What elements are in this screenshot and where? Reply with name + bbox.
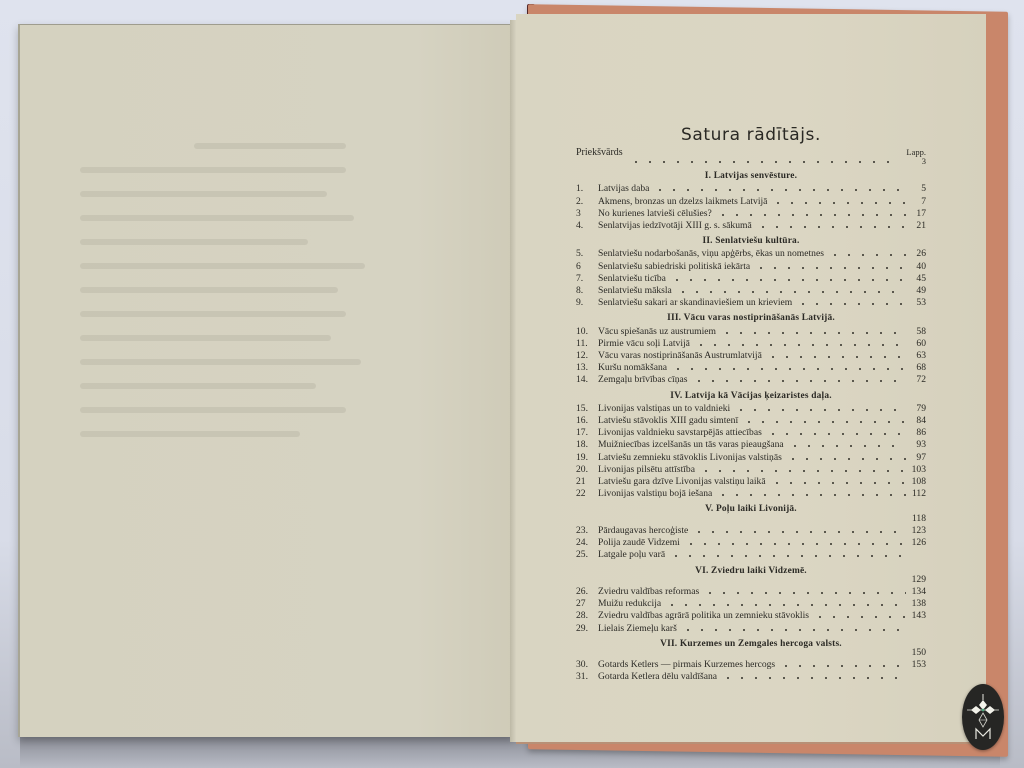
toc-section-page: 118 <box>576 514 926 524</box>
entry-number: 22 <box>576 489 598 499</box>
leader-dots <box>669 548 906 557</box>
toc-entry: 2.Akmens, bronzas un dzelzs laikmets Lat… <box>576 195 926 207</box>
leader-dots <box>703 585 906 594</box>
leader-dots <box>676 284 906 293</box>
entry-number: 28. <box>576 611 598 621</box>
toc-entry: 11.Pirmie vācu soļi Latvijā60 <box>576 337 926 349</box>
entry-number: 21 <box>576 477 598 487</box>
toc-entry: 24.Polija zaudē Vidzemi126 <box>576 536 926 548</box>
toc-entry: 14.Zemgaļu brīvības cīņas72 <box>576 373 926 385</box>
entry-title: Zemgaļu brīvības cīņas <box>598 375 688 385</box>
toc-section-heading: III. Vācu varas nostiprināšanās Latvijā. <box>576 313 926 323</box>
entry-number: 25. <box>576 550 598 560</box>
entry-number: 31. <box>576 672 598 682</box>
entry-title: Livonijas valdnieku savstarpējās attiecī… <box>598 428 762 438</box>
leader-dots <box>681 622 906 631</box>
entry-number: 10. <box>576 327 598 337</box>
toc-preface-row: Priekšvārds Lapp. 3 <box>576 148 926 166</box>
entry-title: Latvijas daba <box>598 184 649 194</box>
toc-entry: 5.Senlatviešu nodarbošanās, viņu apģērbs… <box>576 247 926 259</box>
entry-title: Livonijas valstiņu bojā iešana <box>598 489 712 499</box>
entry-page: 7 <box>910 197 926 207</box>
leader-dots <box>788 438 906 447</box>
left-page-blank <box>18 24 514 737</box>
entry-page: 86 <box>910 428 926 438</box>
toc-entry: 29.Lielais Ziemeļu karš <box>576 622 926 634</box>
table-of-contents: Satura rādītājs. Priekšvārds Lapp. 3 I. … <box>576 130 926 683</box>
entry-number: 12. <box>576 351 598 361</box>
entry-title: Muižniecības izcelšanās un tās varas pie… <box>598 440 784 450</box>
toc-entry: 30.Gotards Ketlers — pirmais Kurzemes he… <box>576 658 926 670</box>
entry-title: Vācu spiešanās uz austrumiem <box>598 327 716 337</box>
entry-number: 4. <box>576 221 598 231</box>
toc-entry: 23.Pārdaugavas hercoģiste123 <box>576 524 926 536</box>
entry-page: 134 <box>910 587 926 597</box>
toc-entry: 26.Zviedru valdības reformas134 <box>576 585 926 597</box>
entry-page: 63 <box>910 351 926 361</box>
preface-page: Lapp. 3 <box>906 148 926 166</box>
entry-page: 153 <box>910 660 926 670</box>
entry-page: 72 <box>910 375 926 385</box>
leader-dots <box>766 349 906 358</box>
leader-dots <box>754 260 906 269</box>
leader-dots <box>771 195 906 204</box>
entry-number: 18. <box>576 440 598 450</box>
toc-entry: 10.Vācu spiešanās uz austrumiem58 <box>576 325 926 337</box>
toc-entry: 18.Muižniecības izcelšanās un tās varas … <box>576 438 926 450</box>
entry-title: Polija zaudē Vidzemi <box>598 538 680 548</box>
entry-number: 20. <box>576 465 598 475</box>
watermark-logo <box>962 684 1004 750</box>
toc-section-heading: IV. Latvija kā Vācijas ķeizaristes daļa. <box>576 391 926 401</box>
entry-number: 3 <box>576 209 598 219</box>
entry-number: 9. <box>576 298 598 308</box>
entry-title: Livonijas pilsētu attīstība <box>598 465 695 475</box>
toc-entry: 6Senlatviešu sabiedriski politiskā iekār… <box>576 260 926 272</box>
toc-section-page: 129 <box>576 575 926 585</box>
entry-title: Vācu varas nostiprināšanās Austrumlatvij… <box>598 351 762 361</box>
entry-title: Latviešu zemnieku stāvoklis Livonijas va… <box>598 453 782 463</box>
leader-dots <box>699 463 906 472</box>
leader-dots <box>766 426 906 435</box>
entry-number: 13. <box>576 363 598 373</box>
entry-title: Zviedru valdības reformas <box>598 587 699 597</box>
toc-entry: 17.Livonijas valdnieku savstarpējās atti… <box>576 426 926 438</box>
entry-title: Zviedru valdības agrārā politika un zemn… <box>598 611 809 621</box>
entry-title: Pirmie vācu soļi Latvijā <box>598 339 690 349</box>
entry-number: 17. <box>576 428 598 438</box>
leader-dots <box>653 182 906 191</box>
entry-number: 8. <box>576 286 598 296</box>
entry-title: Kuršu nomākšana <box>598 363 667 373</box>
toc-entry: 19.Latviešu zemnieku stāvoklis Livonijas… <box>576 451 926 463</box>
toc-entry: 25.Latgale poļu varā <box>576 548 926 560</box>
toc-entry: 22Livonijas valstiņu bojā iešana112 <box>576 487 926 499</box>
entry-title: Senlatviešu nodarbošanās, viņu apģērbs, … <box>598 249 824 259</box>
leader-dots <box>720 325 906 334</box>
entry-page: 45 <box>910 274 926 284</box>
leader-dots <box>742 414 906 423</box>
leader-dots <box>692 373 906 382</box>
entry-title: Senlatviešu sabiedriski politiskā iekārt… <box>598 262 750 272</box>
toc-entry: 8.Senlatviešu māksla49 <box>576 284 926 296</box>
entry-title: Latviešu gara dzīve Livonijas valstiņu l… <box>598 477 766 487</box>
entry-title: Pārdaugavas hercoģiste <box>598 526 688 536</box>
leader-dots <box>692 524 906 533</box>
show-through-text <box>80 125 460 685</box>
toc-entry: 28.Zviedru valdības agrārā politika un z… <box>576 609 926 621</box>
leader-dots <box>694 337 906 346</box>
preface-label: Priekšvārds <box>576 148 623 158</box>
entry-number: 29. <box>576 624 598 634</box>
entry-page: 112 <box>910 489 926 499</box>
toc-sections: I. Latvijas senvēsture.1.Latvijas daba52… <box>576 171 926 682</box>
toc-entry: 20.Livonijas pilsētu attīstība103 <box>576 463 926 475</box>
entry-page: 21 <box>910 221 926 231</box>
entry-title: Muižu redukcija <box>598 599 661 609</box>
toc-section-heading: I. Latvijas senvēsture. <box>576 171 926 181</box>
toc-entry: 3No kurienes latvieši cēlušies?17 <box>576 207 926 219</box>
toc-entry: 1.Latvijas daba5 <box>576 182 926 194</box>
toc-entry: 9.Senlatviešu sakari ar skandinaviešiem … <box>576 296 926 308</box>
entry-page: 26 <box>910 249 926 259</box>
entry-title: Senlatviešu ticība <box>598 274 666 284</box>
toc-section-heading: II. Senlatviešu kultūra. <box>576 236 926 246</box>
leader-dots <box>671 361 906 370</box>
entry-page: 17 <box>910 209 926 219</box>
entry-number: 16. <box>576 416 598 426</box>
entry-page: 40 <box>910 262 926 272</box>
entry-title: Akmens, bronzas un dzelzs laikmets Latvi… <box>598 197 767 207</box>
entry-page: 93 <box>910 440 926 450</box>
entry-title: Senlatviešu sakari ar skandinaviešiem un… <box>598 298 792 308</box>
leader-dots <box>828 247 906 256</box>
entry-number: 5. <box>576 249 598 259</box>
toc-entry: 27Muižu redukcija138 <box>576 597 926 609</box>
entry-number: 6 <box>576 262 598 272</box>
entry-number: 11. <box>576 339 598 349</box>
entry-page: 126 <box>910 538 926 548</box>
entry-page: 143 <box>910 611 926 621</box>
entry-number: 23. <box>576 526 598 536</box>
entry-page: 68 <box>910 363 926 373</box>
entry-page: 58 <box>910 327 926 337</box>
entry-page: 5 <box>910 184 926 194</box>
entry-page: 108 <box>910 477 926 487</box>
toc-entry: 12.Vācu varas nostiprināšanās Austrumlat… <box>576 349 926 361</box>
leader-dots <box>796 296 906 305</box>
entry-number: 19. <box>576 453 598 463</box>
entry-title: Latviešu stāvoklis XIII gadu simtenī <box>598 416 738 426</box>
folk-ornament-m-logo-icon <box>962 684 1004 750</box>
entry-page: 123 <box>910 526 926 536</box>
leader-dots <box>770 475 906 484</box>
leader-dots <box>786 451 906 460</box>
entry-page: 79 <box>910 404 926 414</box>
leader-dots <box>716 207 906 216</box>
entry-title: Livonijas valstiņas un to valdnieki <box>598 404 730 414</box>
entry-page: 49 <box>910 286 926 296</box>
toc-entry: 31.Gotarda Ketlera dēlu valdīšana <box>576 670 926 682</box>
toc-section-page: 150 <box>576 648 926 658</box>
leader-dots <box>756 219 906 228</box>
toc-entry: 21Latviešu gara dzīve Livonijas valstiņu… <box>576 475 926 487</box>
entry-page: 60 <box>910 339 926 349</box>
entry-number: 1. <box>576 184 598 194</box>
toc-entry: 7.Senlatviešu ticība45 <box>576 272 926 284</box>
entry-page: 84 <box>910 416 926 426</box>
leader-dots <box>684 536 906 545</box>
leader-dots <box>629 154 901 163</box>
toc-entry: 16.Latviešu stāvoklis XIII gadu simtenī8… <box>576 414 926 426</box>
toc-title: Satura rādītājs. <box>576 130 926 140</box>
entry-number: 7. <box>576 274 598 284</box>
entry-title: Senlatvijas iedzīvotāji XIII g. s. sākum… <box>598 221 752 231</box>
entry-number: 30. <box>576 660 598 670</box>
entry-page: 138 <box>910 599 926 609</box>
leader-dots <box>779 658 906 667</box>
entry-title: Lielais Ziemeļu karš <box>598 624 677 634</box>
entry-title: Latgale poļu varā <box>598 550 665 560</box>
entry-number: 26. <box>576 587 598 597</box>
entry-number: 2. <box>576 197 598 207</box>
leader-dots <box>734 402 906 411</box>
leader-dots <box>665 597 906 606</box>
entry-title: Gotarda Ketlera dēlu valdīšana <box>598 672 717 682</box>
toc-entry: 4.Senlatvijas iedzīvotāji XIII g. s. sāk… <box>576 219 926 231</box>
entry-page: 103 <box>910 465 926 475</box>
leader-dots <box>670 272 906 281</box>
entry-number: 14. <box>576 375 598 385</box>
leader-dots <box>721 670 906 679</box>
entry-title: Senlatviešu māksla <box>598 286 672 296</box>
toc-entry: 13.Kuršu nomākšana68 <box>576 361 926 373</box>
entry-page: 97 <box>910 453 926 463</box>
leader-dots <box>716 487 906 496</box>
entry-title: No kurienes latvieši cēlušies? <box>598 209 712 219</box>
leader-dots <box>813 609 906 618</box>
entry-page: 53 <box>910 298 926 308</box>
toc-entry: 15.Livonijas valstiņas un to valdnieki79 <box>576 402 926 414</box>
entry-title: Gotards Ketlers — pirmais Kurzemes herco… <box>598 660 775 670</box>
entry-number: 27 <box>576 599 598 609</box>
entry-number: 15. <box>576 404 598 414</box>
entry-number: 24. <box>576 538 598 548</box>
